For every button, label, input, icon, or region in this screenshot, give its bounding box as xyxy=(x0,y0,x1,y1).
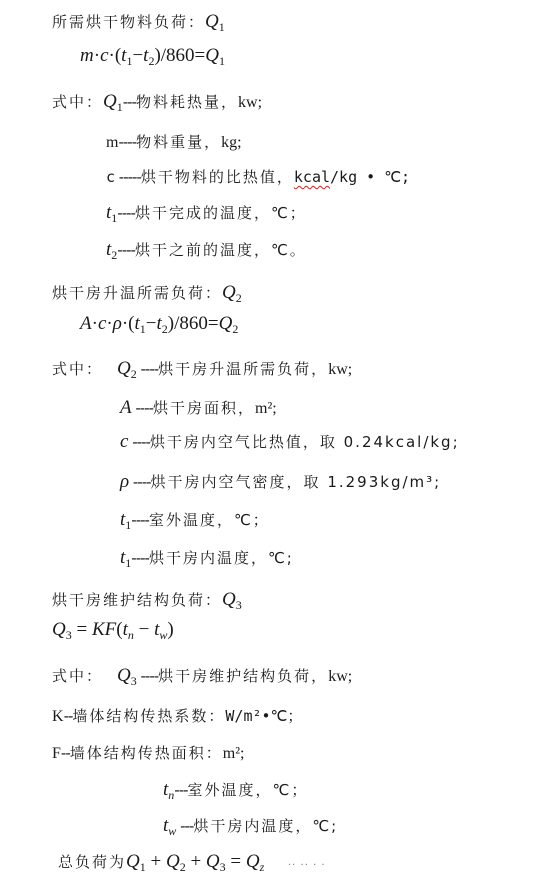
formula-q1: m·c·(t1−t2)/860=Q1 xyxy=(80,46,225,71)
section3-heading: 烘干房维护结构负荷：Q3 xyxy=(52,590,242,615)
section3-item-tw: tw ---烘干房内温度，℃; xyxy=(163,816,338,841)
q2-symbol: Q2 xyxy=(222,282,242,303)
section1-item-t2: t2----烘干之前的温度，℃。 xyxy=(106,240,307,265)
section3-item-f: F--墙体结构传热面积：m²; xyxy=(52,743,244,764)
section1-item-q1: 式中：Q1---物料耗热量，kw; xyxy=(52,92,262,117)
section2-item-a: A ----烘干房面积，m²; xyxy=(120,398,277,419)
q3-symbol: Q3 xyxy=(222,589,242,610)
section2-heading: 烘干房升温所需负荷：Q2 xyxy=(52,283,242,308)
section3-title: 烘干房维护结构负荷： xyxy=(52,591,222,609)
section3-item-k: K--墙体结构传热系数：W/m²•℃； xyxy=(52,706,302,727)
total-load: 总负荷为Q1 + Q2 + Q3 = Qz xyxy=(58,852,264,877)
spellcheck-word: kcal xyxy=(294,168,330,186)
section1-item-c: c -----烘干物料的比热值，kcal/kg • ℃; xyxy=(106,167,410,187)
section2-item-t1-outdoor: t1----室外温度，℃； xyxy=(120,510,270,535)
section2-item-c: c ----烘干房内空气比热值，取 0.24kcal/kg; xyxy=(120,432,460,452)
section3-item-tn: tn---室外温度，℃； xyxy=(163,780,308,805)
section1-item-m: m----物料重量，kg; xyxy=(106,132,242,153)
section2-title: 烘干房升温所需负荷： xyxy=(52,284,222,302)
watermark-noise: ·· ·· · · xyxy=(288,860,326,871)
formula-q3: Q3 = KF(tn − tw) xyxy=(52,620,174,645)
section2-item-t1-indoor: t1----烘干房内温度，℃; xyxy=(120,548,294,573)
q1-symbol: Q1 xyxy=(205,11,225,32)
section2-item-q2: 式中：Q2 ----烘干房升温所需负荷，kw; xyxy=(52,359,352,384)
section2-item-rho: ρ ----烘干房内空气密度，取 1.293kg/m³; xyxy=(120,472,441,492)
section1-heading: 所需烘干物料负荷：Q1 xyxy=(52,12,225,37)
section1-item-t1: t1----烘干完成的温度，℃； xyxy=(106,203,307,228)
formula-q2: A·c·ρ·(t1−t2)/860=Q2 xyxy=(80,314,238,339)
section3-item-q3: 式中：Q3 ----烘干房维护结构负荷，kw; xyxy=(52,666,352,691)
section1-title: 所需烘干物料负荷： xyxy=(52,13,205,31)
